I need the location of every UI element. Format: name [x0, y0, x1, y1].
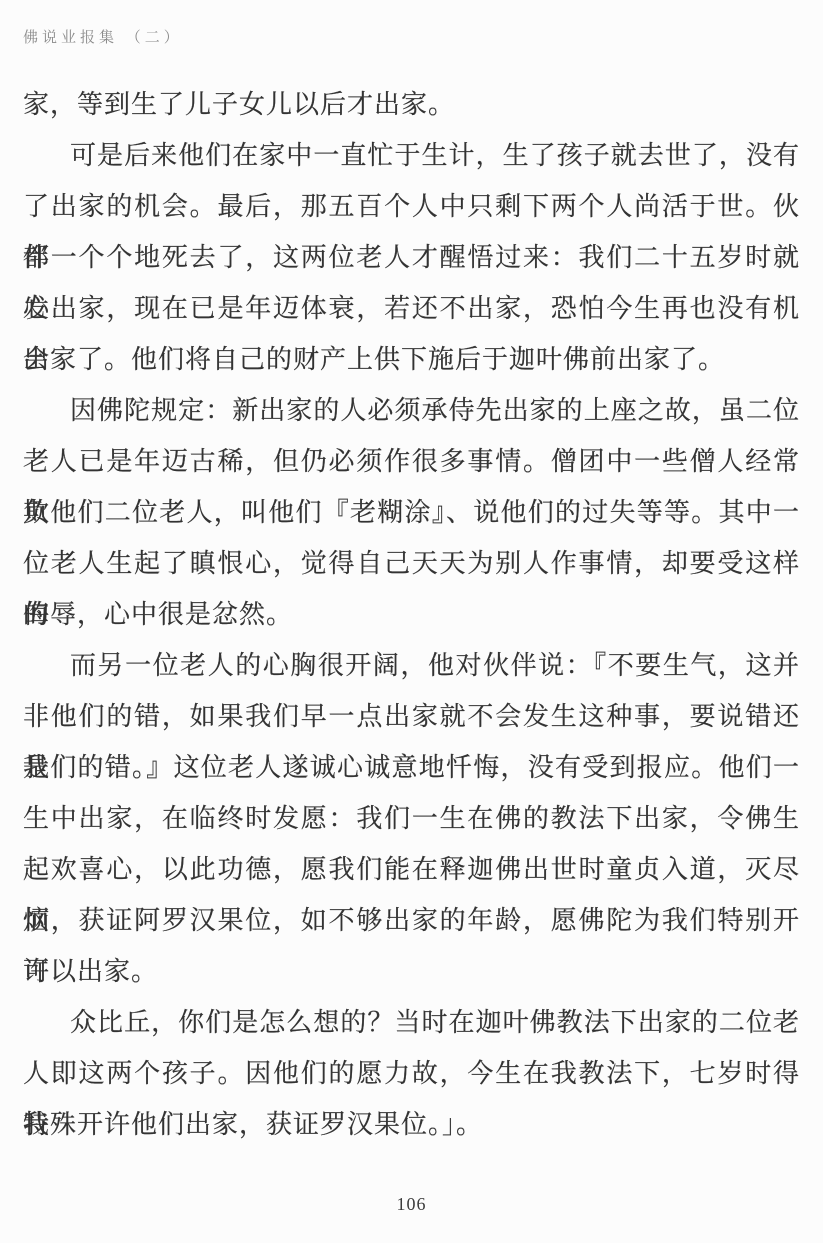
text-line: 而另一位老人的心胸很开阔，他对伙伴说：『不要生气，这并	[23, 640, 800, 691]
text-line: 生中出家，在临终时发愿：我们一生在佛的教法下出家，令佛生	[23, 793, 800, 844]
running-header: 佛说业报集 （二）	[23, 26, 183, 47]
text-line: 因佛陀规定：新出家的人必须承侍先出家的上座之故，虽二位	[23, 385, 800, 436]
text-line: 出家了。他们将自己的财产上供下施后于迦叶佛前出家了。	[23, 334, 800, 385]
text-line: 都一个个地死去了，这两位老人才醒悟过来：我们二十五岁时就发	[23, 232, 800, 283]
text-line: 家，等到生了儿子女儿以后才出家。	[23, 79, 800, 130]
document-page: 佛说业报集 （二） 家，等到生了儿子女儿以后才出家。可是后来他们在家中一直忙于生…	[0, 0, 823, 1243]
text-line: 心出家，现在已是年迈体衰，若还不出家，恐怕今生再也没有机会	[23, 283, 800, 334]
text-line: 我们的错。』这位老人遂诚心诚意地忏悔，没有受到报应。他们一	[23, 742, 800, 793]
text-line: 了出家的机会。最后，那五百个人中只剩下两个人尚活于世。伙伴	[23, 181, 800, 232]
page-number: 106	[0, 1194, 823, 1215]
text-line: 位老人生起了瞋恨心，觉得自己天天为别人作事情，却要受这样的	[23, 538, 800, 589]
text-line: 人即这两个孩子。因他们的愿力故，今生在我教法下，七岁时得我	[23, 1048, 800, 1099]
text-line: 众比丘，你们是怎么想的？当时在迦叶佛教法下出家的二位老	[23, 997, 800, 1048]
text-line: 可以出家。	[23, 946, 800, 997]
text-line: 非他们的错，如果我们早一点出家就不会发生这种事，要说错还是	[23, 691, 800, 742]
text-line: 特殊开许他们出家，获证罗汉果位。」。	[23, 1099, 800, 1150]
text-line: 可是后来他们在家中一直忙于生计，生了孩子就去世了，没有	[23, 130, 800, 181]
text-line: 侮辱，心中很是忿然。	[23, 589, 800, 640]
text-line: 负他们二位老人，叫他们『老糊涂』、说他们的过失等等。其中一	[23, 487, 800, 538]
text-body: 家，等到生了儿子女儿以后才出家。可是后来他们在家中一直忙于生计，生了孩子就去世了…	[23, 79, 800, 1150]
text-line: 起欢喜心，以此功德，愿我们能在释迦佛出世时童贞入道，灭尽烦	[23, 844, 800, 895]
text-line: 老人已是年迈古稀，但仍必须作很多事情。僧团中一些僧人经常欺	[23, 436, 800, 487]
text-line: 恼，获证阿罗汉果位，如不够出家的年龄，愿佛陀为我们特别开许	[23, 895, 800, 946]
